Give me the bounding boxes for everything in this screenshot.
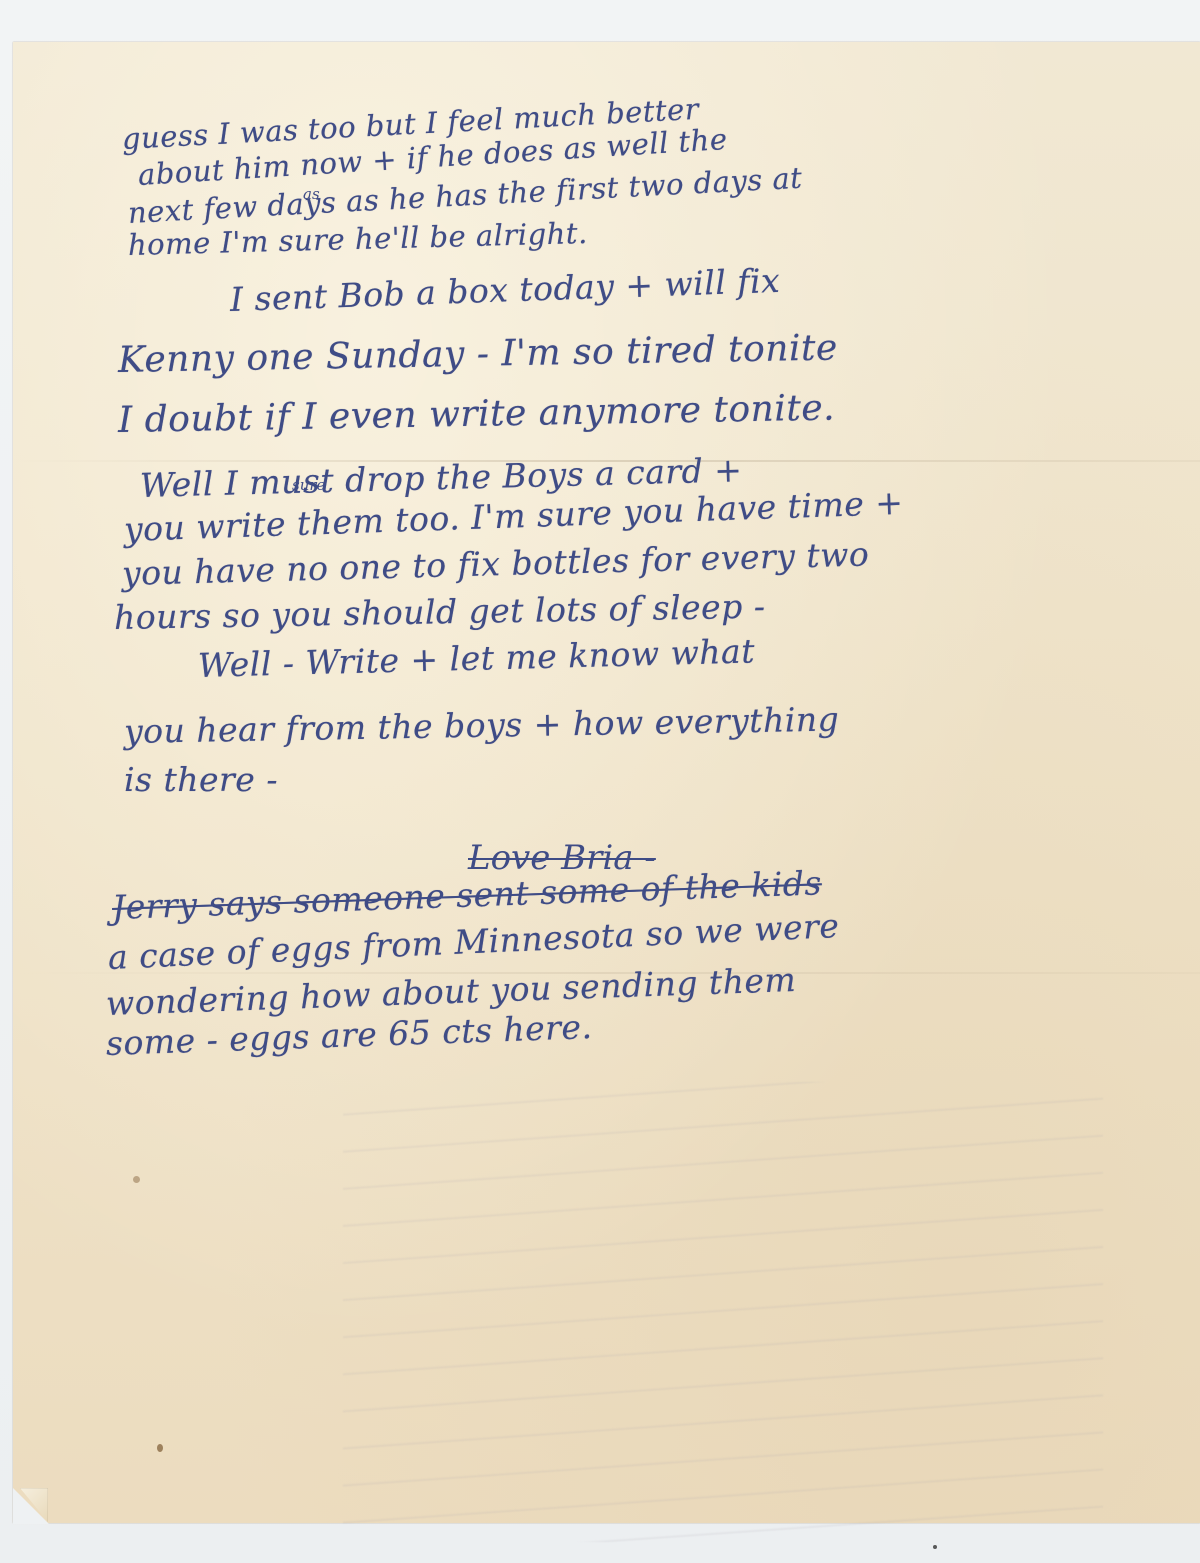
scanner-speck [933,1545,937,1549]
inserted-word: sure [292,476,325,494]
paper-speck [133,1176,140,1183]
letter-line-14: is there - [124,760,278,799]
scanned-page: guess I was too but I feel much better a… [0,0,1200,1563]
paper-speck [157,1444,163,1452]
reverse-side-bleed-through [343,1082,1103,1542]
inserted-word: as [303,185,320,203]
